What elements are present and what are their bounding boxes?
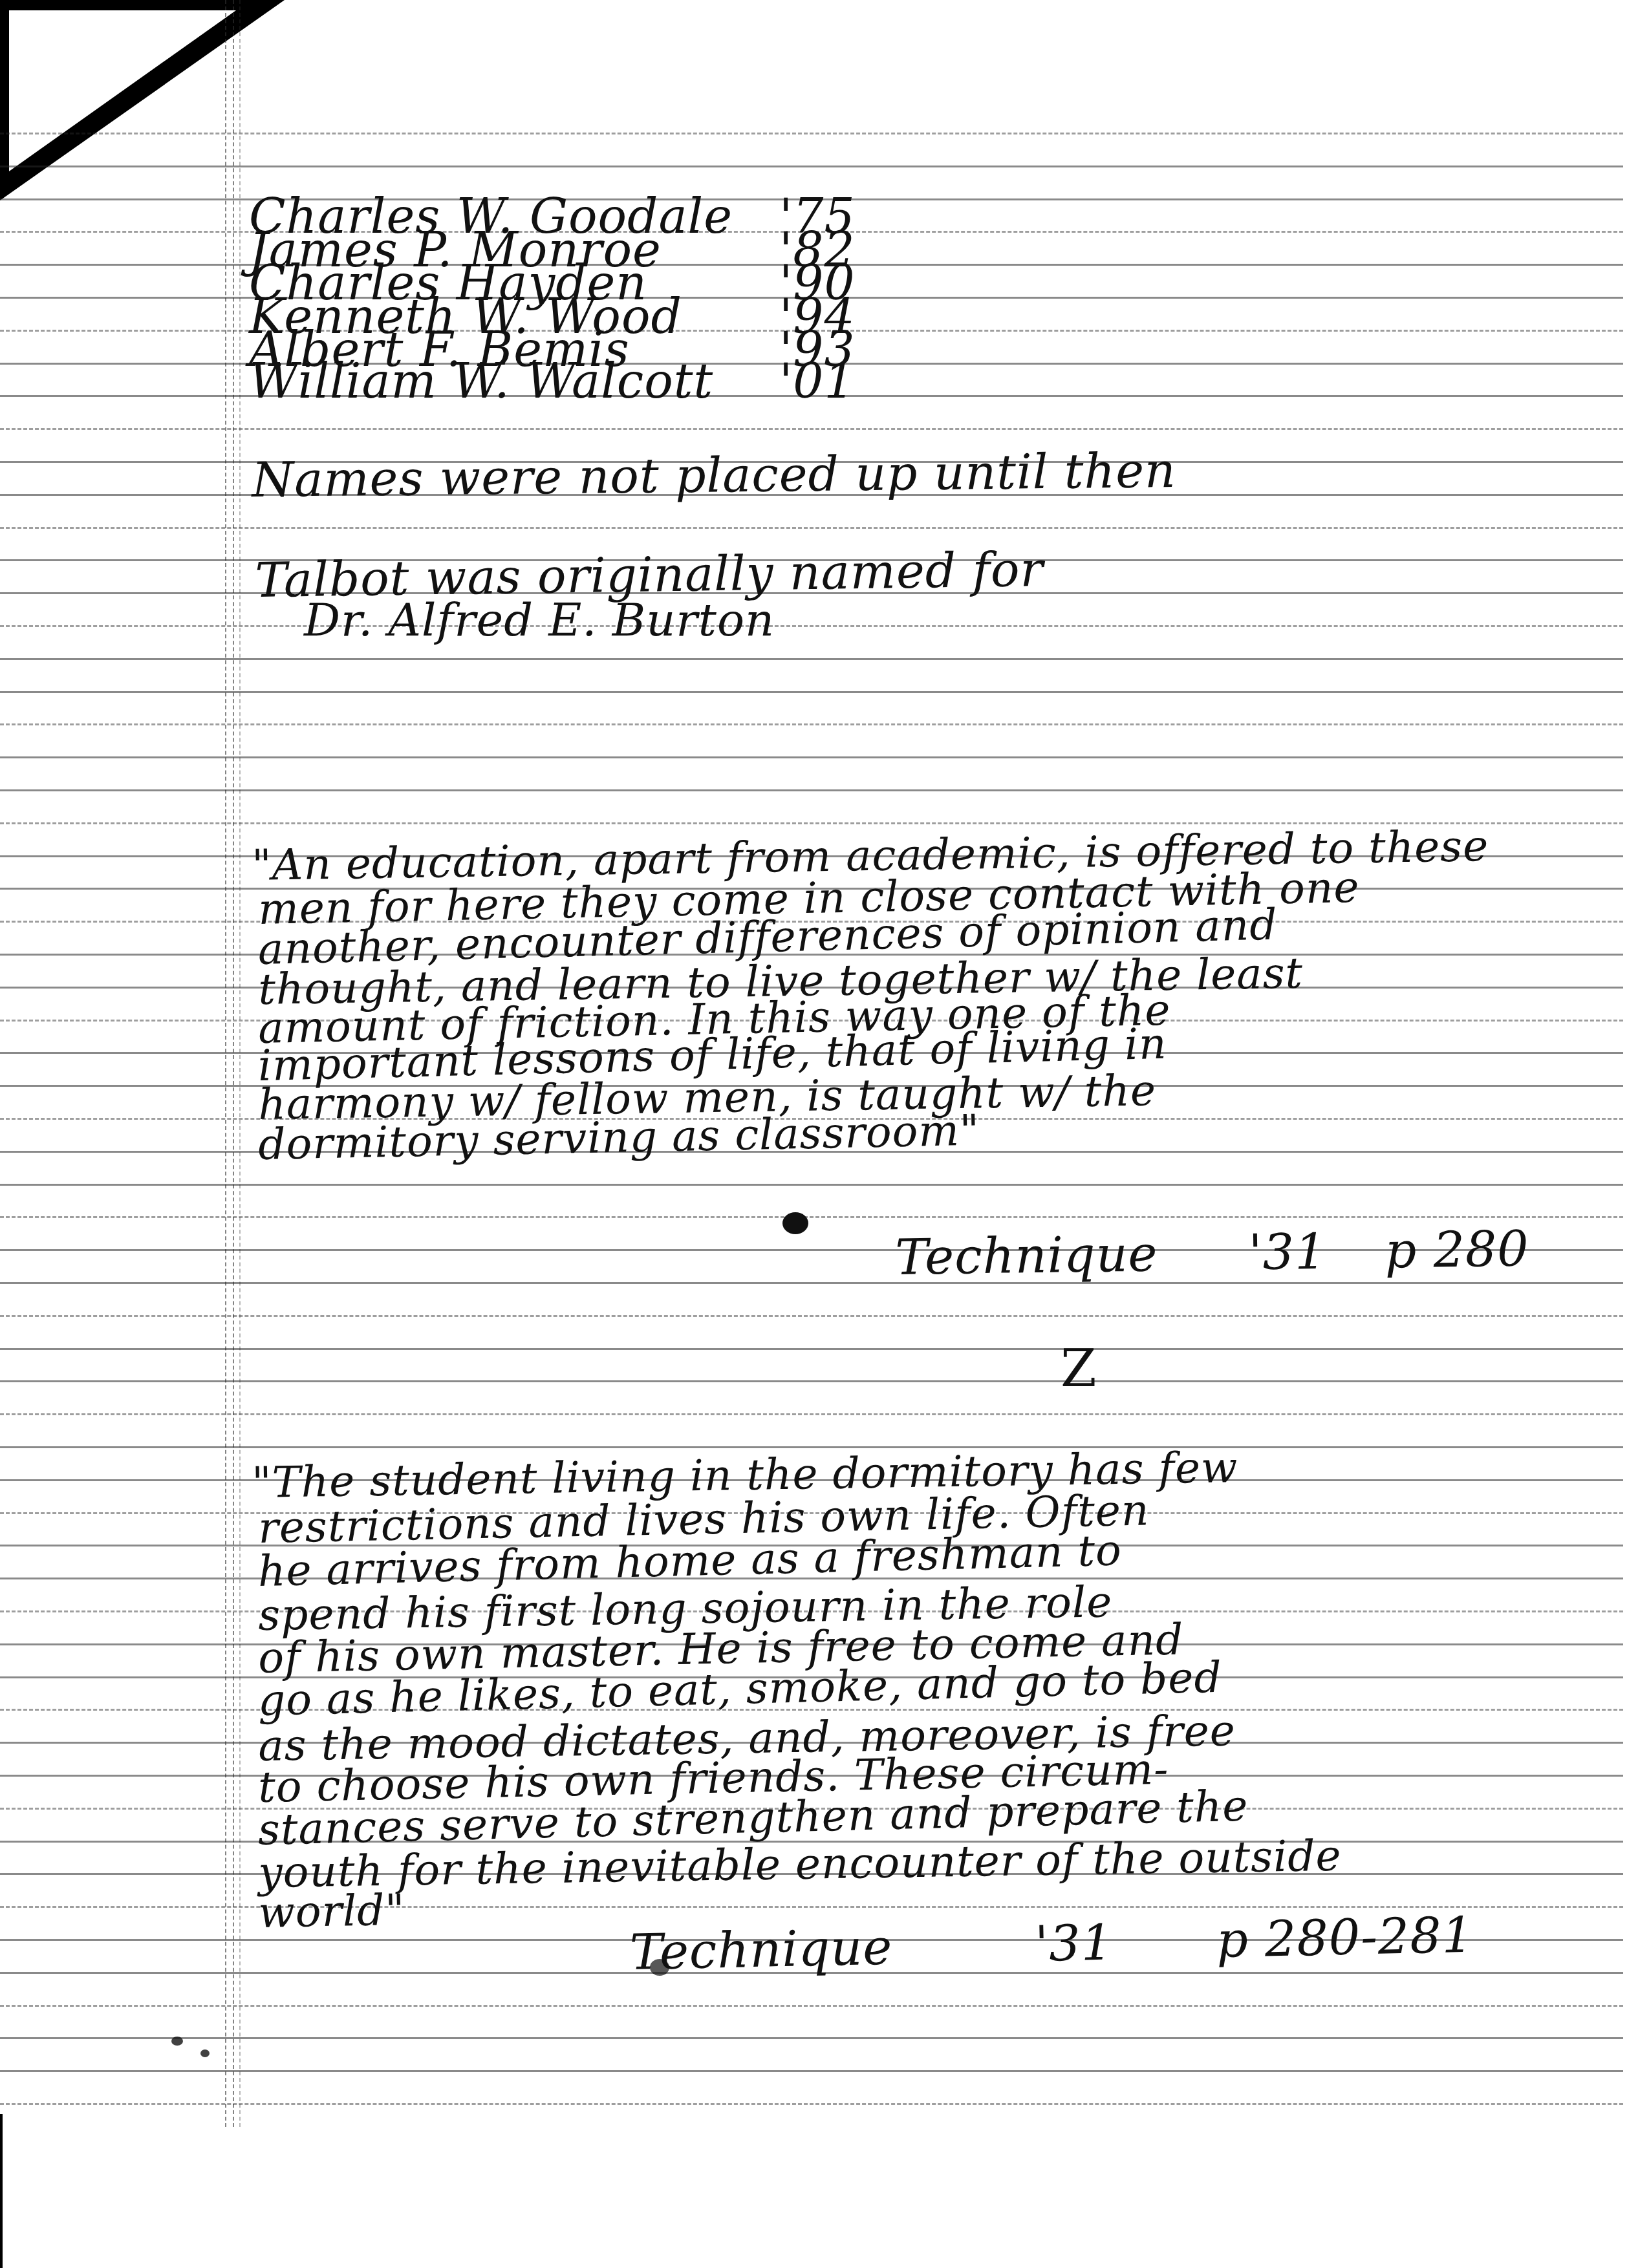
rule-line (0, 658, 1623, 660)
rule-line (0, 1348, 1623, 1350)
rule-line (0, 166, 1623, 167)
person-name: William W. Walcott (249, 354, 779, 409)
rule-line (0, 1216, 1623, 1218)
class-year: '01 (779, 354, 856, 409)
scribble-mark: Z (1061, 1338, 1097, 1398)
ink-blot (171, 2037, 183, 2046)
rule-line (0, 1184, 1623, 1186)
rule-line (0, 625, 1623, 627)
quote-1-citation: Technique '31 p 280 (895, 1219, 1529, 1286)
talbot-note-line2: Dr. Alfred E. Burton (304, 594, 775, 647)
rule-line (0, 789, 1623, 791)
citation-page: p 280 (1385, 1219, 1529, 1279)
rule-line (0, 2070, 1623, 2072)
citation-volume: '31 (1248, 1223, 1327, 1281)
corner-triangle-mark (0, 0, 285, 200)
ink-blot (200, 2049, 210, 2057)
quote-2-line: world" (257, 1885, 405, 1938)
names-list-item: William W. Walcott'01 (249, 354, 856, 409)
rule-line (0, 527, 1623, 529)
rule-line (0, 2103, 1623, 2105)
quote-2-citation: Technique '31 p 280-281 (629, 1906, 1474, 1981)
rule-line (0, 1446, 1623, 1448)
citation-page: p 280-281 (1216, 1906, 1474, 1969)
ink-blot (782, 1212, 808, 1234)
rule-line (0, 691, 1623, 693)
rule-line (0, 756, 1623, 758)
names-placement-note: Names were not placed up until then (252, 443, 1176, 508)
citation-volume: '31 (1034, 1913, 1113, 1973)
rule-line (0, 2037, 1623, 2039)
rule-line (0, 1315, 1623, 1317)
rule-line (0, 723, 1623, 725)
notebook-page: Charles W. Goodale'75James P. Monroe'82C… (0, 0, 1649, 2268)
rule-line (0, 1413, 1623, 1415)
rule-line (0, 1282, 1623, 1284)
rule-line (0, 428, 1623, 430)
rule-line (0, 1380, 1623, 1382)
rule-line (0, 2005, 1623, 2007)
ink-blot (650, 1959, 669, 1976)
citation-source: Technique (895, 1225, 1158, 1286)
citation-source: Technique (629, 1918, 893, 1981)
rule-line (0, 133, 1623, 134)
page-edge-shadow (0, 2114, 3, 2268)
